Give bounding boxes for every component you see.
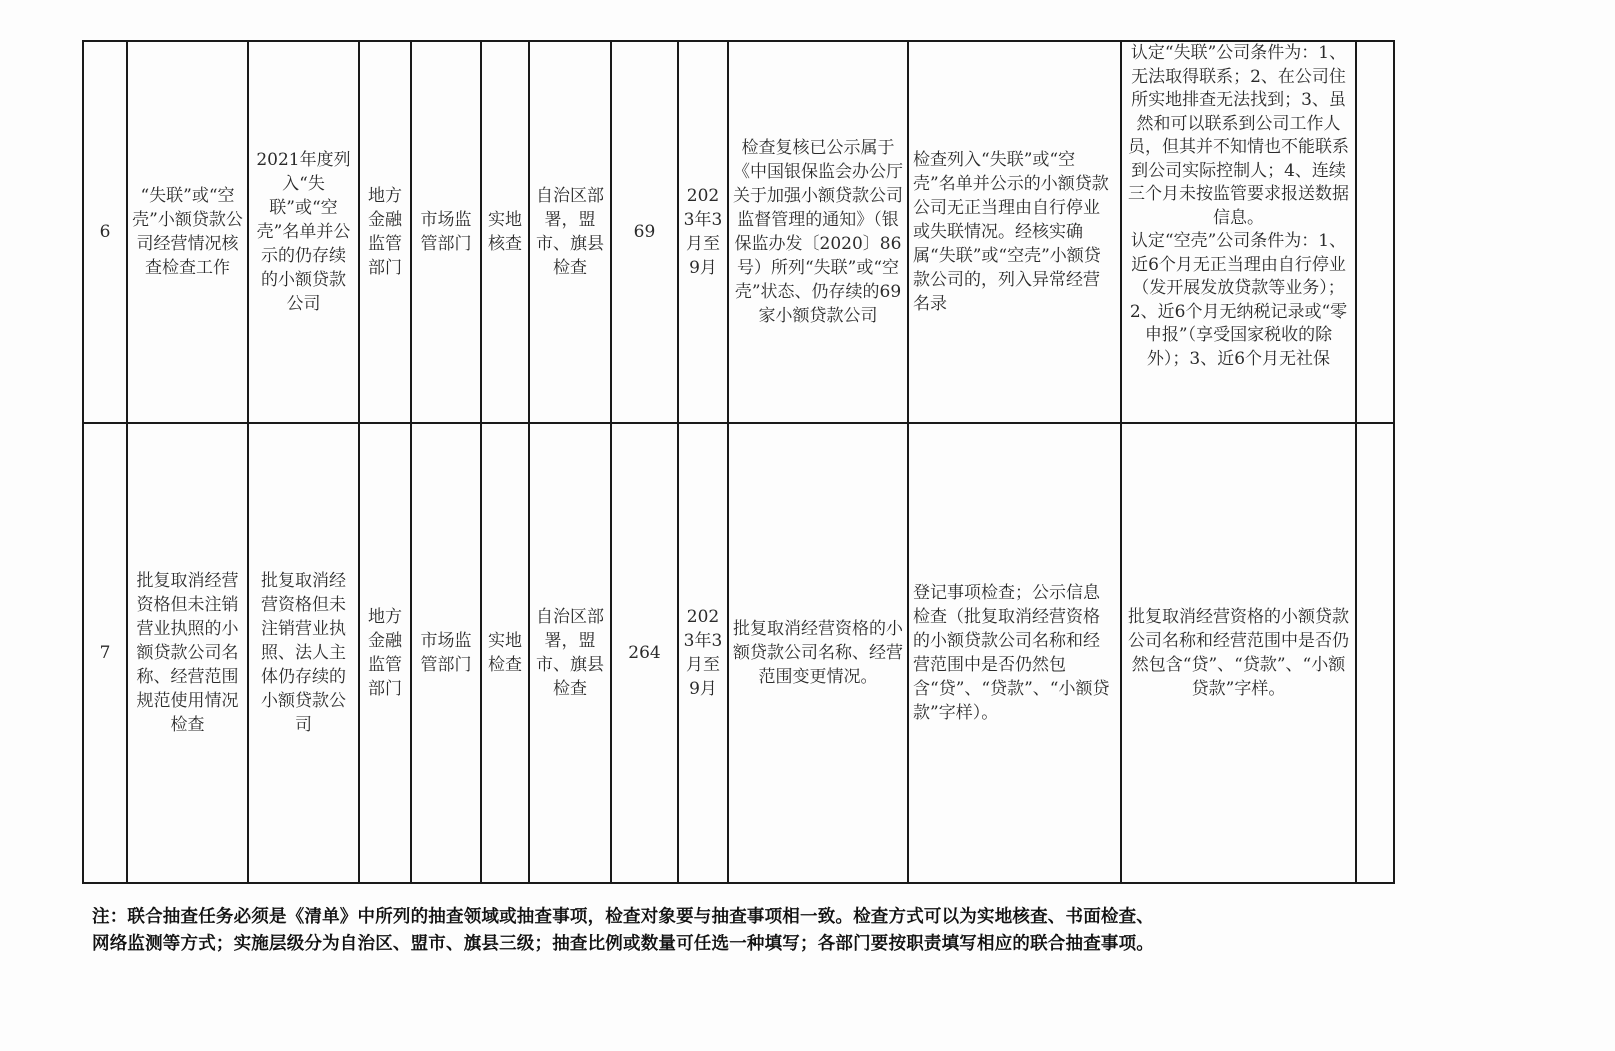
inspection-time: 2023年3月至9月 <box>678 41 728 423</box>
table-row: 6 “失联”或“空壳”小额贷款公司经营情况核查检查工作 2021年度列入“失联”… <box>83 41 1394 423</box>
inspection-standard: 认定“失联”公司条件为：1、无法取得联系；2、在公司住所实地排查无法找到；3、虽… <box>1121 41 1356 423</box>
implementation-level: 自治区部署，盟市、旗县检查 <box>529 41 611 423</box>
inspection-time: 2023年3月至9月 <box>678 423 728 883</box>
task-name: 批复取消经营资格但未注销营业执照的小额贷款公司名称、经营范围规范使用情况检查 <box>127 423 248 883</box>
table-row: 7 批复取消经营资格但未注销营业执照的小额贷款公司名称、经营范围规范使用情况检查… <box>83 423 1394 883</box>
standard-paragraph: 认定“失联”公司条件为：1、无法取得联系；2、在公司住所实地排查无法找到；3、虽… <box>1128 42 1349 230</box>
inspection-quantity: 69 <box>611 41 678 423</box>
inspection-target: 2021年度列入“失联”或“空壳”名单并公示的仍存续的小额贷款公司 <box>248 41 359 423</box>
inspection-method: 实地检查 <box>481 423 529 883</box>
remark <box>1356 41 1394 423</box>
joint-department: 市场监管部门 <box>411 423 481 883</box>
row-number: 7 <box>83 423 127 883</box>
footnote-line: 网络监测等方式；实施层级分为自治区、盟市、旗县三级；抽查比例或数量可任选一种填写… <box>92 931 1392 958</box>
inspection-scope: 检查复核已公示属于《中国银保监会办公厅关于加强小额贷款公司监督管理的通知》（银保… <box>728 41 908 423</box>
remark <box>1356 423 1394 883</box>
inspection-scope: 批复取消经营资格的小额贷款公司名称、经营范围变更情况。 <box>728 423 908 883</box>
inspection-standard: 批复取消经营资格的小额贷款公司名称和经营范围中是否仍然包含“贷”、“贷款”、“小… <box>1121 423 1356 883</box>
inspection-quantity: 264 <box>611 423 678 883</box>
joint-inspection-table: 6 “失联”或“空壳”小额贷款公司经营情况核查检查工作 2021年度列入“失联”… <box>82 40 1395 884</box>
inspection-target: 批复取消经营资格但未注销营业执照、法人主体仍存续的小额贷款公司 <box>248 423 359 883</box>
inspection-content: 登记事项检查；公示信息检查（批复取消经营资格的小额贷款公司名称和经营范围中是否仍… <box>908 423 1121 883</box>
row-number: 6 <box>83 41 127 423</box>
joint-department: 市场监管部门 <box>411 41 481 423</box>
task-name: “失联”或“空壳”小额贷款公司经营情况核查检查工作 <box>127 41 248 423</box>
inspection-content: 检查列入“失联”或“空壳”名单并公示的小额贷款公司无正当理由自行停业或失联情况。… <box>908 41 1121 423</box>
implementation-level: 自治区部署，盟市、旗县检查 <box>529 423 611 883</box>
footnote-line: 注：联合抽查任务必须是《清单》中所列的抽查领域或抽查事项，检查对象要与抽查事项相… <box>92 904 1392 931</box>
lead-department: 地方金融监管部门 <box>359 423 411 883</box>
lead-department: 地方金融监管部门 <box>359 41 411 423</box>
footnote: 注：联合抽查任务必须是《清单》中所列的抽查领域或抽查事项，检查对象要与抽查事项相… <box>92 904 1392 958</box>
inspection-method: 实地核查 <box>481 41 529 423</box>
standard-paragraph: 认定“空壳”公司条件为：1、近6个月无正当理由自行停业（发开展发放贷款等业务）；… <box>1128 230 1349 371</box>
